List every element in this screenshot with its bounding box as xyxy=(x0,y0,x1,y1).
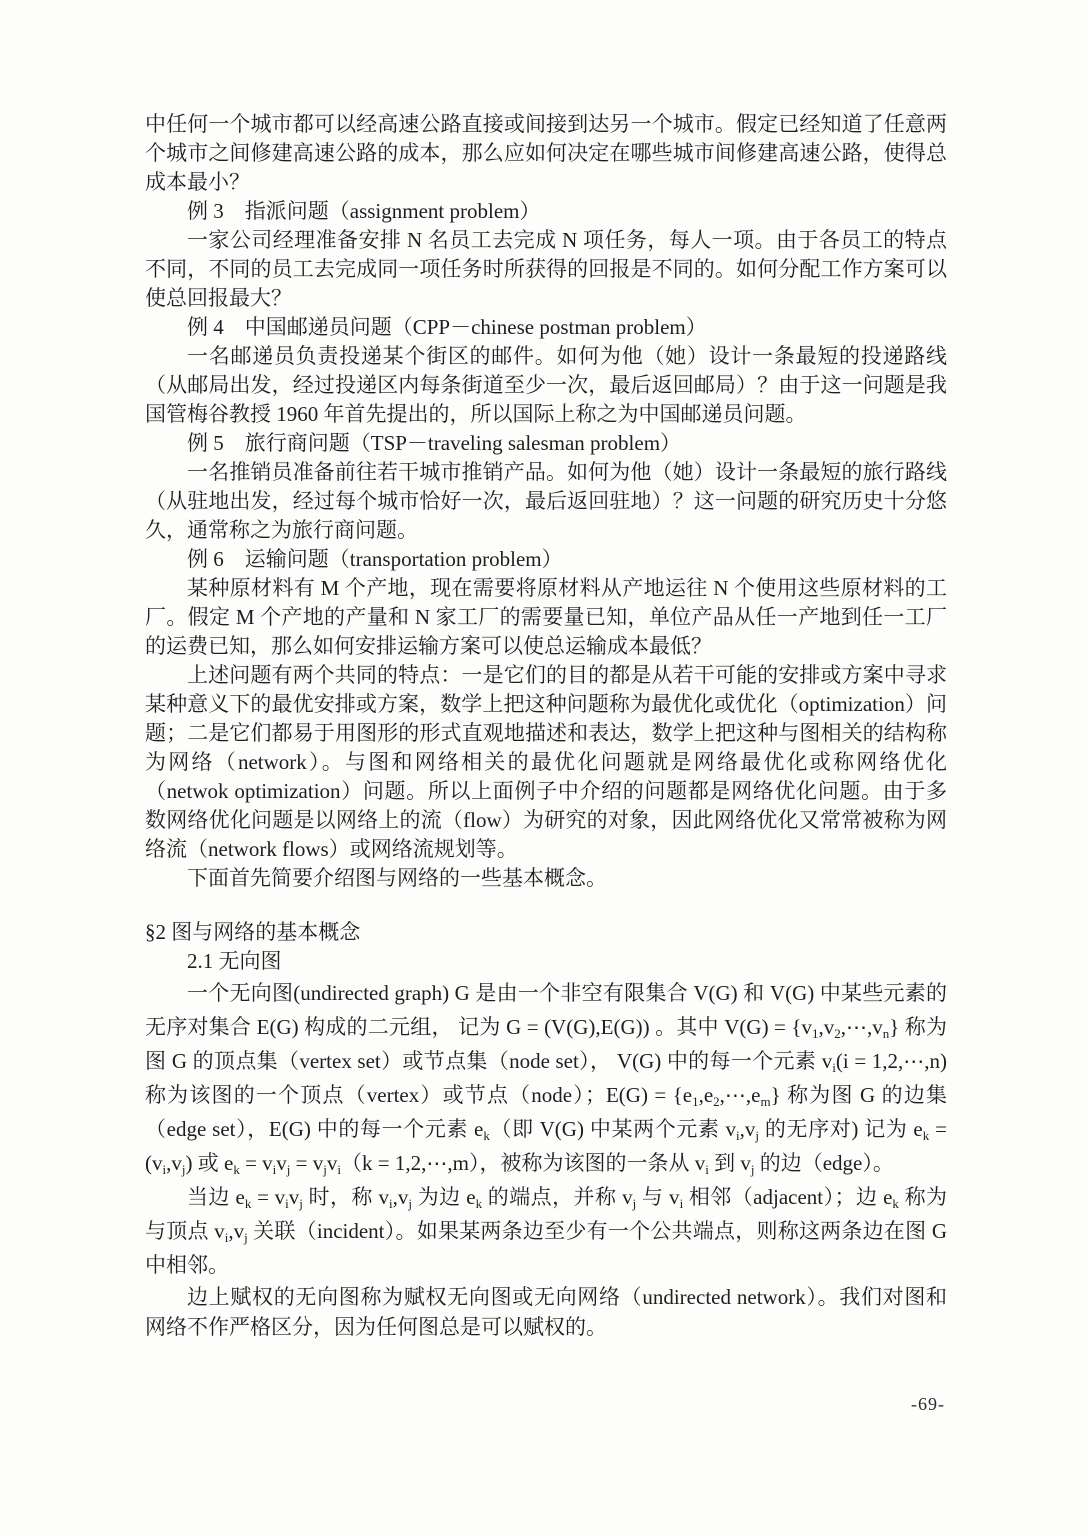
example-3-heading: 例 3 指派问题（assignment problem） xyxy=(145,197,947,226)
example-4-heading: 例 4 中国邮递员问题（CPP－chinese postman problem） xyxy=(145,313,947,342)
paragraph: 一名邮递员负责投递某个街区的邮件。如何为他（她）设计一条最短的投递路线（从邮局出… xyxy=(145,342,947,429)
paragraph-math: 当边 ek = vivj 时，称 vi,vj 为边 ek 的端点，并称 vj 与… xyxy=(145,1180,947,1282)
paragraph: 下面首先简要介绍图与网络的一些基本概念。 xyxy=(145,864,947,893)
document-page: 中任何一个城市都可以经高速公路直接或间接到达另一个城市。假定已经知道了任意两个城… xyxy=(0,0,1087,1536)
paragraph: 边上赋权的无向图称为赋权无向图或无向网络（undirected network）… xyxy=(145,1282,947,1342)
example-5-heading: 例 5 旅行商问题（TSP－traveling salesman problem… xyxy=(145,429,947,458)
page-content: 中任何一个城市都可以经高速公路直接或间接到达另一个城市。假定已经知道了任意两个城… xyxy=(145,110,947,1342)
example-6-heading: 例 6 运输问题（transportation problem） xyxy=(145,545,947,574)
paragraph-math: 一个无向图(undirected graph) G 是由一个非空有限集合 V(G… xyxy=(145,976,947,1180)
paragraph-continuation: 中任何一个城市都可以经高速公路直接或间接到达另一个城市。假定已经知道了任意两个城… xyxy=(145,110,947,197)
paragraph: 上述问题有两个共同的特点：一是它们的目的都是从若干可能的安排或方案中寻求某种意义… xyxy=(145,661,947,864)
page-number: -69- xyxy=(911,1394,945,1415)
subsection-heading: 2.1 无向图 xyxy=(145,947,947,976)
paragraph: 一名推销员准备前往若干城市推销产品。如何为他（她）设计一条最短的旅行路线（从驻地… xyxy=(145,458,947,545)
paragraph: 某种原材料有 M 个产地，现在需要将原材料从产地运往 N 个使用这些原材料的工厂… xyxy=(145,574,947,661)
section-heading: §2 图与网络的基本概念 xyxy=(145,918,947,947)
paragraph: 一家公司经理准备安排 N 名员工去完成 N 项任务，每人一项。由于各员工的特点不… xyxy=(145,226,947,313)
